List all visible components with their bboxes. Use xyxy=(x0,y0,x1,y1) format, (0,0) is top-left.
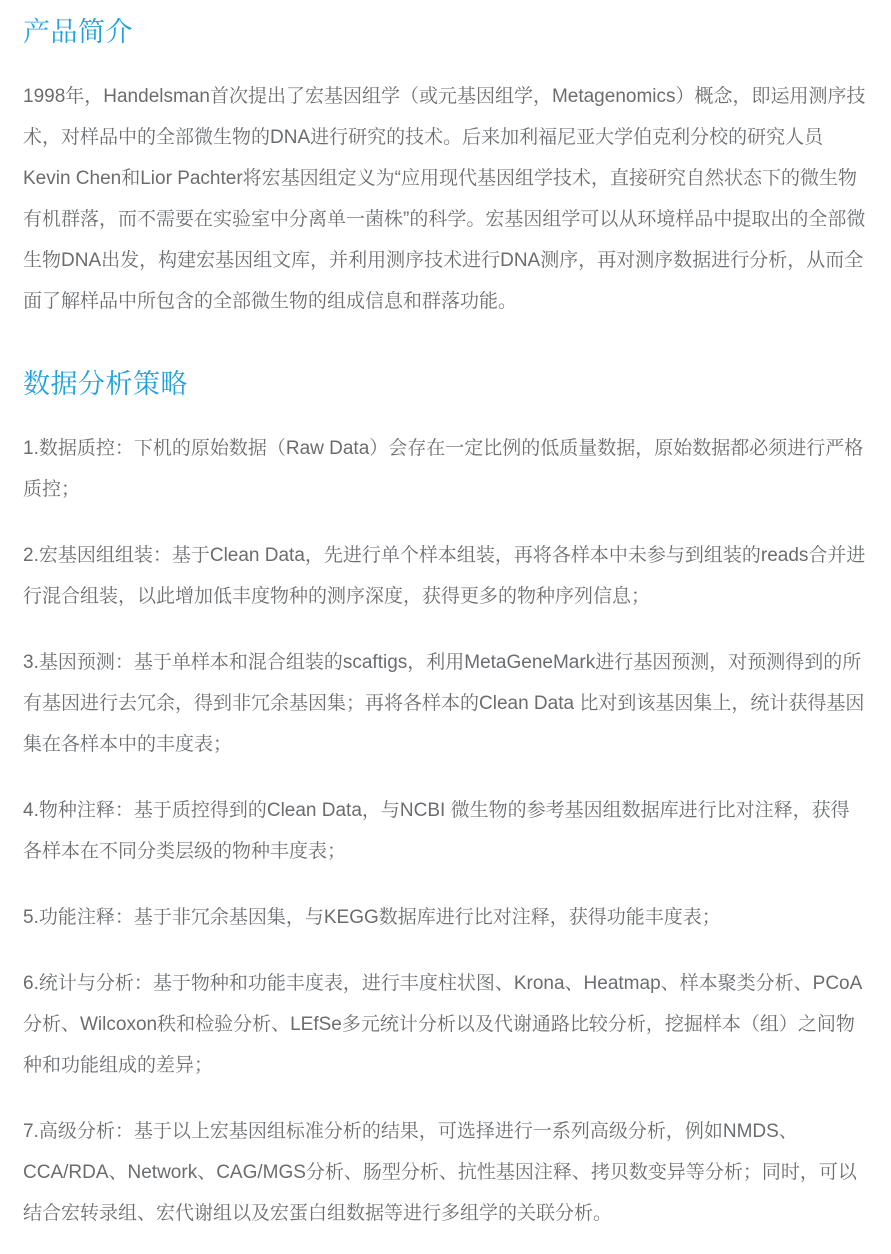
analysis-step-1-quality-control: 1.数据质控：下机的原始数据（Raw Data）会存在一定比例的低质量数据，原始… xyxy=(23,428,867,510)
analysis-step-3-gene-prediction: 3.基因预测：基于单样本和混合组装的scaftigs，利用MetaGeneMar… xyxy=(23,642,867,765)
analysis-step-4-taxonomy-annotation: 4.物种注释：基于质控得到的Clean Data，与NCBI 微生物的参考基因组… xyxy=(23,790,867,872)
content-page: 产品简介 1998年，Handelsman首次提出了宏基因组学（或元基因组学，M… xyxy=(0,0,891,1254)
analysis-step-2-assembly: 2.宏基因组组装：基于Clean Data，先进行单个样本组装，再将各样本中未参… xyxy=(23,535,867,617)
analysis-strategy-heading: 数据分析策略 xyxy=(23,368,867,402)
analysis-step-7-advanced: 7.高级分析：基于以上宏基因组标准分析的结果，可选择进行一系列高级分析，例如NM… xyxy=(23,1111,867,1234)
analysis-step-6-statistics: 6.统计与分析：基于物种和功能丰度表，进行丰度柱状图、Krona、Heatmap… xyxy=(23,963,867,1086)
section-analysis-strategy: 数据分析策略 1.数据质控：下机的原始数据（Raw Data）会存在一定比例的低… xyxy=(23,368,867,1234)
section-product-intro: 产品简介 1998年，Handelsman首次提出了宏基因组学（或元基因组学，M… xyxy=(23,16,867,322)
analysis-step-5-function-annotation: 5.功能注释：基于非冗余基因集，与KEGG数据库进行比对注释，获得功能丰度表； xyxy=(23,897,867,938)
product-intro-heading: 产品简介 xyxy=(23,16,867,50)
product-intro-paragraph: 1998年，Handelsman首次提出了宏基因组学（或元基因组学，Metage… xyxy=(23,76,867,322)
